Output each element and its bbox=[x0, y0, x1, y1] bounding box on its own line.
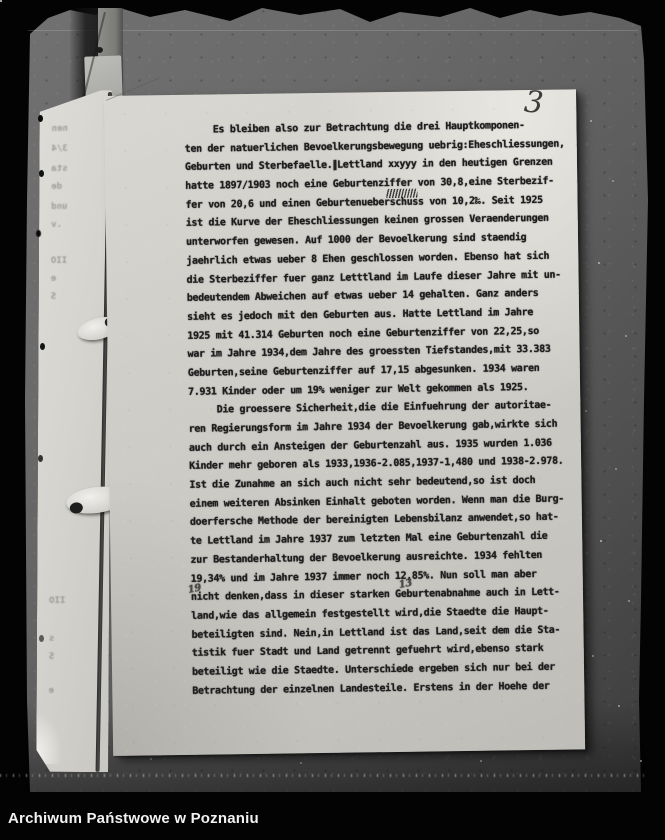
dust-sparkle-line bbox=[0, 774, 650, 777]
mirror-text-fragment: IIO bbox=[49, 596, 65, 606]
mirror-text-fragment: de bbox=[51, 182, 62, 192]
mirror-text-fragment: s bbox=[49, 634, 55, 644]
archive-watermark-label: Archiwum Państwowe w Poznaniu bbox=[8, 810, 259, 827]
mirror-text-fragment: .v bbox=[51, 220, 62, 230]
mirror-text-fragment: 3/4 bbox=[51, 144, 67, 154]
mirror-text-fragment: IIO bbox=[51, 256, 67, 266]
torn-edge-spots bbox=[38, 115, 43, 122]
document-page: 3 Es bleiben also zur Betrachtung die dr… bbox=[104, 89, 585, 756]
mirror-text-fragment: S bbox=[51, 292, 57, 302]
mirror-text-fragment: S bbox=[49, 652, 55, 662]
mirror-text-fragment: und bbox=[51, 202, 67, 212]
mirror-text-fragment: sta bbox=[51, 164, 67, 174]
mirror-text-fragment: e bbox=[51, 274, 57, 284]
binding-hole bbox=[96, 47, 103, 53]
mirror-text-fragment: nen bbox=[52, 124, 68, 134]
mirror-text-fragment: e bbox=[49, 686, 55, 696]
dust-specks bbox=[0, 0, 2, 2]
typed-text-block: Es bleiben also zur Betrachtung die drei… bbox=[184, 116, 584, 701]
